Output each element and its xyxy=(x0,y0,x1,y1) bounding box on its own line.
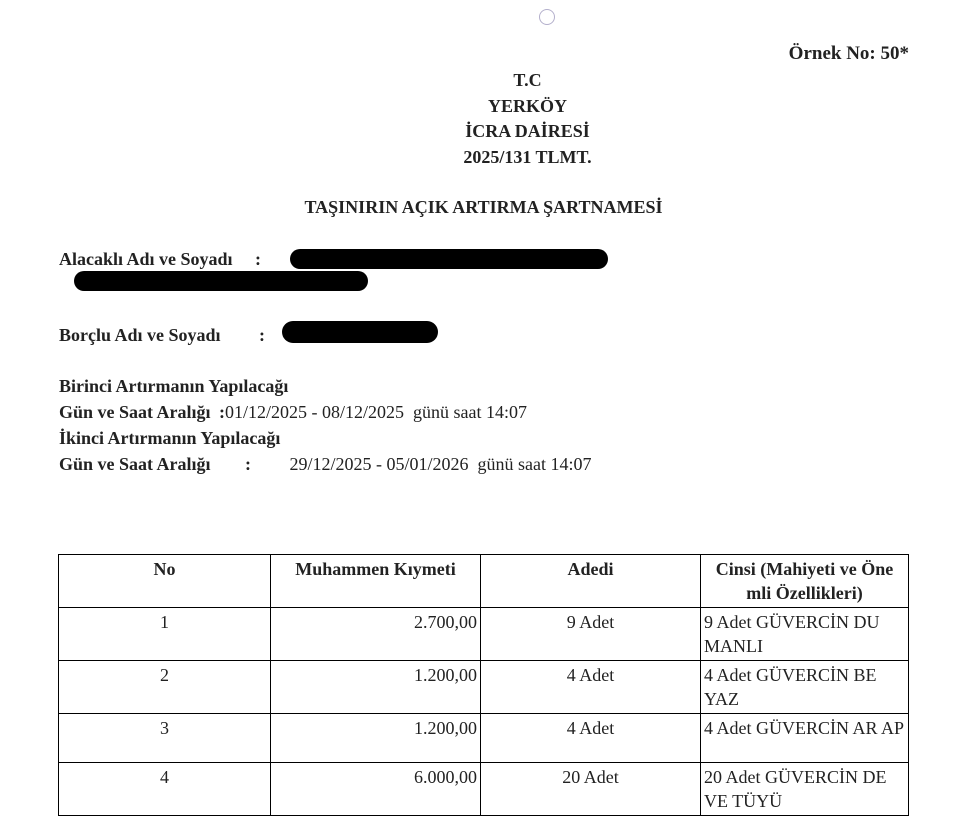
col-no: No xyxy=(59,555,271,608)
col-description: Cinsi (Mahiyeti ve Öne mli Özellikleri) xyxy=(701,555,909,608)
document-title: TAŞINIRIN AÇIK ARTIRMA ŞARTNAMESİ xyxy=(0,197,967,218)
document-header: T.C YERKÖY İCRA DAİRESİ 2025/131 TLMT. xyxy=(0,68,975,170)
header-line: T.C xyxy=(0,68,975,94)
first-auction-label: Gün ve Saat Aralığı xyxy=(59,402,211,422)
redacted-creditor xyxy=(290,249,608,269)
debtor-label: Borçlu Adı ve Soyadı xyxy=(59,325,221,345)
header-line: İCRA DAİRESİ xyxy=(0,119,975,145)
table-row: 2 1.200,00 4 Adet 4 Adet GÜVERCİN BE YAZ xyxy=(59,661,909,714)
table-header-row: No Muhammen Kıymeti Adedi Cinsi (Mahiyet… xyxy=(59,555,909,608)
second-auction-dates: Gün ve Saat Aralığı : 29/12/2025 - 05/01… xyxy=(59,454,592,475)
creditor-colon: : xyxy=(255,249,261,269)
radio-button[interactable] xyxy=(539,9,555,25)
debtor-colon: : xyxy=(259,325,265,345)
first-auction-dates: Gün ve Saat Aralığı :01/12/2025 - 08/12/… xyxy=(59,402,527,423)
creditor-field: Alacaklı Adı ve Soyadı : xyxy=(59,249,261,270)
sample-number: Örnek No: 50* xyxy=(789,43,909,65)
table-row: 3 1.200,00 4 Adet 4 Adet GÜVERCİN AR AP xyxy=(59,714,909,763)
second-auction-label: Gün ve Saat Aralığı xyxy=(59,454,211,474)
col-quantity: Adedi xyxy=(481,555,701,608)
redacted-debtor xyxy=(282,321,438,343)
table-row: 4 6.000,00 20 Adet 20 Adet GÜVERCİN DE V… xyxy=(59,763,909,816)
creditor-label: Alacaklı Adı ve Soyadı xyxy=(59,249,233,269)
debtor-field: Borçlu Adı ve Soyadı : xyxy=(59,325,265,346)
second-auction-value: 29/12/2025 - 05/01/2026 günü saat 14:07 xyxy=(290,454,592,474)
table-row: 1 2.700,00 9 Adet 9 Adet GÜVERCİN DU MAN… xyxy=(59,608,909,661)
first-auction-heading: Birinci Artırmanın Yapılacağı xyxy=(59,376,288,397)
second-auction-heading: İkinci Artırmanın Yapılacağı xyxy=(59,428,280,449)
items-table: No Muhammen Kıymeti Adedi Cinsi (Mahiyet… xyxy=(58,554,909,816)
header-line: YERKÖY xyxy=(0,94,975,120)
header-line: 2025/131 TLMT. xyxy=(0,145,975,171)
first-auction-value: 01/12/2025 - 08/12/2025 günü saat 14:07 xyxy=(225,402,527,422)
redacted-creditor-line2 xyxy=(74,271,368,291)
col-value: Muhammen Kıymeti xyxy=(271,555,481,608)
